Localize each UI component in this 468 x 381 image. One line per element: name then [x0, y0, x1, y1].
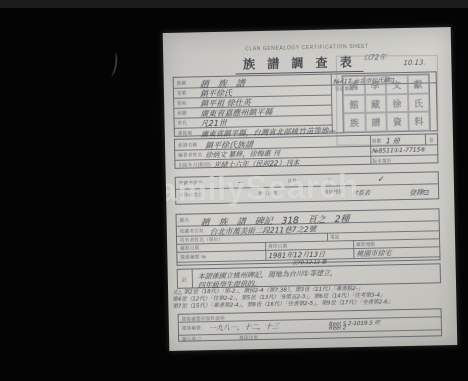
seal-char: 徐	[386, 94, 408, 113]
archive-seal-stamp: 國 學 文 獻 館 藏 徐 氏 族 譜 資 料	[342, 73, 431, 133]
photo-top-band	[0, 0, 468, 8]
field-label: 堂號	[177, 91, 187, 97]
field-label: 世代	[178, 121, 188, 127]
seal-char: 學	[364, 75, 386, 94]
table-line	[192, 269, 193, 287]
field-label: 攝影地點	[356, 242, 375, 248]
familysearch-watermark: FamilySearch	[163, 167, 359, 210]
scan-photo: { "watermark": "FamilySearch", "form": {…	[0, 0, 468, 381]
seal-char: 館	[343, 94, 365, 113]
handwritten-reg-no: №8511①1-7715⑥	[372, 146, 426, 155]
seal-char: 譜	[365, 113, 387, 132]
handwritten-film-date: 一九八一，十二，十三	[209, 321, 280, 333]
field-label: 微捲編號 №	[180, 254, 206, 261]
handwritten-reel-no: Reel 2	[329, 325, 347, 331]
section-note-box: 註 本譜係國立桃州碑記，現地為台川①等建立， 四年級學生提供的。	[177, 263, 441, 289]
seal-char: 料	[408, 112, 430, 131]
handwritten-value: 登錄⊡	[409, 187, 429, 198]
seal-char: 獻	[407, 74, 429, 93]
field-label: 收藏者住址	[180, 228, 204, 235]
field-label: 族譜名稱	[178, 142, 197, 148]
table-line	[174, 95, 331, 99]
seal-char: 國	[343, 76, 365, 95]
field-label: 複印日期	[268, 243, 287, 249]
table-line	[265, 242, 266, 260]
field-label: 編著者姓名	[178, 152, 202, 159]
table-line	[331, 75, 333, 133]
note-label: 註	[182, 277, 187, 284]
section-microfilm-table: 微捲攝製的資料說明 微捲編號： 一九八一，十二，十三 Reel 5.2-1019…	[178, 308, 443, 342]
field-label: 微捲編號：	[182, 325, 206, 332]
handwritten-address: 台北市萬美街二段211巷7之2號	[210, 223, 317, 237]
edition-label: 版本情形	[372, 158, 391, 164]
table-line	[353, 240, 354, 258]
film-artifact-mark	[106, 51, 119, 76]
document-paper: CLAN GENEALOGY CERTIFICATION SHEET 族 譜 調…	[163, 27, 458, 351]
section-filming-table: 題名 趙 族 譜 碑記 318 頁之 2種 收藏者住址 台北市萬美街二段211巷…	[175, 208, 440, 266]
field-label: 攝影日期	[180, 245, 199, 251]
field-label: 始祖	[177, 101, 187, 107]
table-line	[327, 233, 328, 241]
field-label: 遷徙地	[178, 130, 193, 136]
field-label: 電話	[330, 234, 340, 240]
field-label: 祖籍	[177, 111, 187, 117]
field-label: 複印比率	[239, 335, 258, 341]
form-english-header: CLAN GENEALOGY CERTIFICATION SHEET	[163, 42, 451, 54]
seal-char: 族	[343, 113, 365, 132]
field-label: 持有者姓名（單位）	[180, 237, 223, 244]
field-label: 題名	[180, 218, 190, 224]
seal-char: 藏	[365, 94, 387, 113]
seal-char: 資	[386, 112, 408, 131]
field-label: 族稱	[177, 81, 187, 87]
microfilm-header: 微捲攝製的資料說明	[182, 315, 225, 322]
seal-char: 文	[386, 75, 408, 94]
handwritten-check: ✓	[378, 174, 385, 183]
field-label: 縮小率 □	[182, 336, 201, 342]
field-label: 出版年月(版別)	[178, 162, 211, 169]
seal-char: 氏	[408, 93, 430, 112]
